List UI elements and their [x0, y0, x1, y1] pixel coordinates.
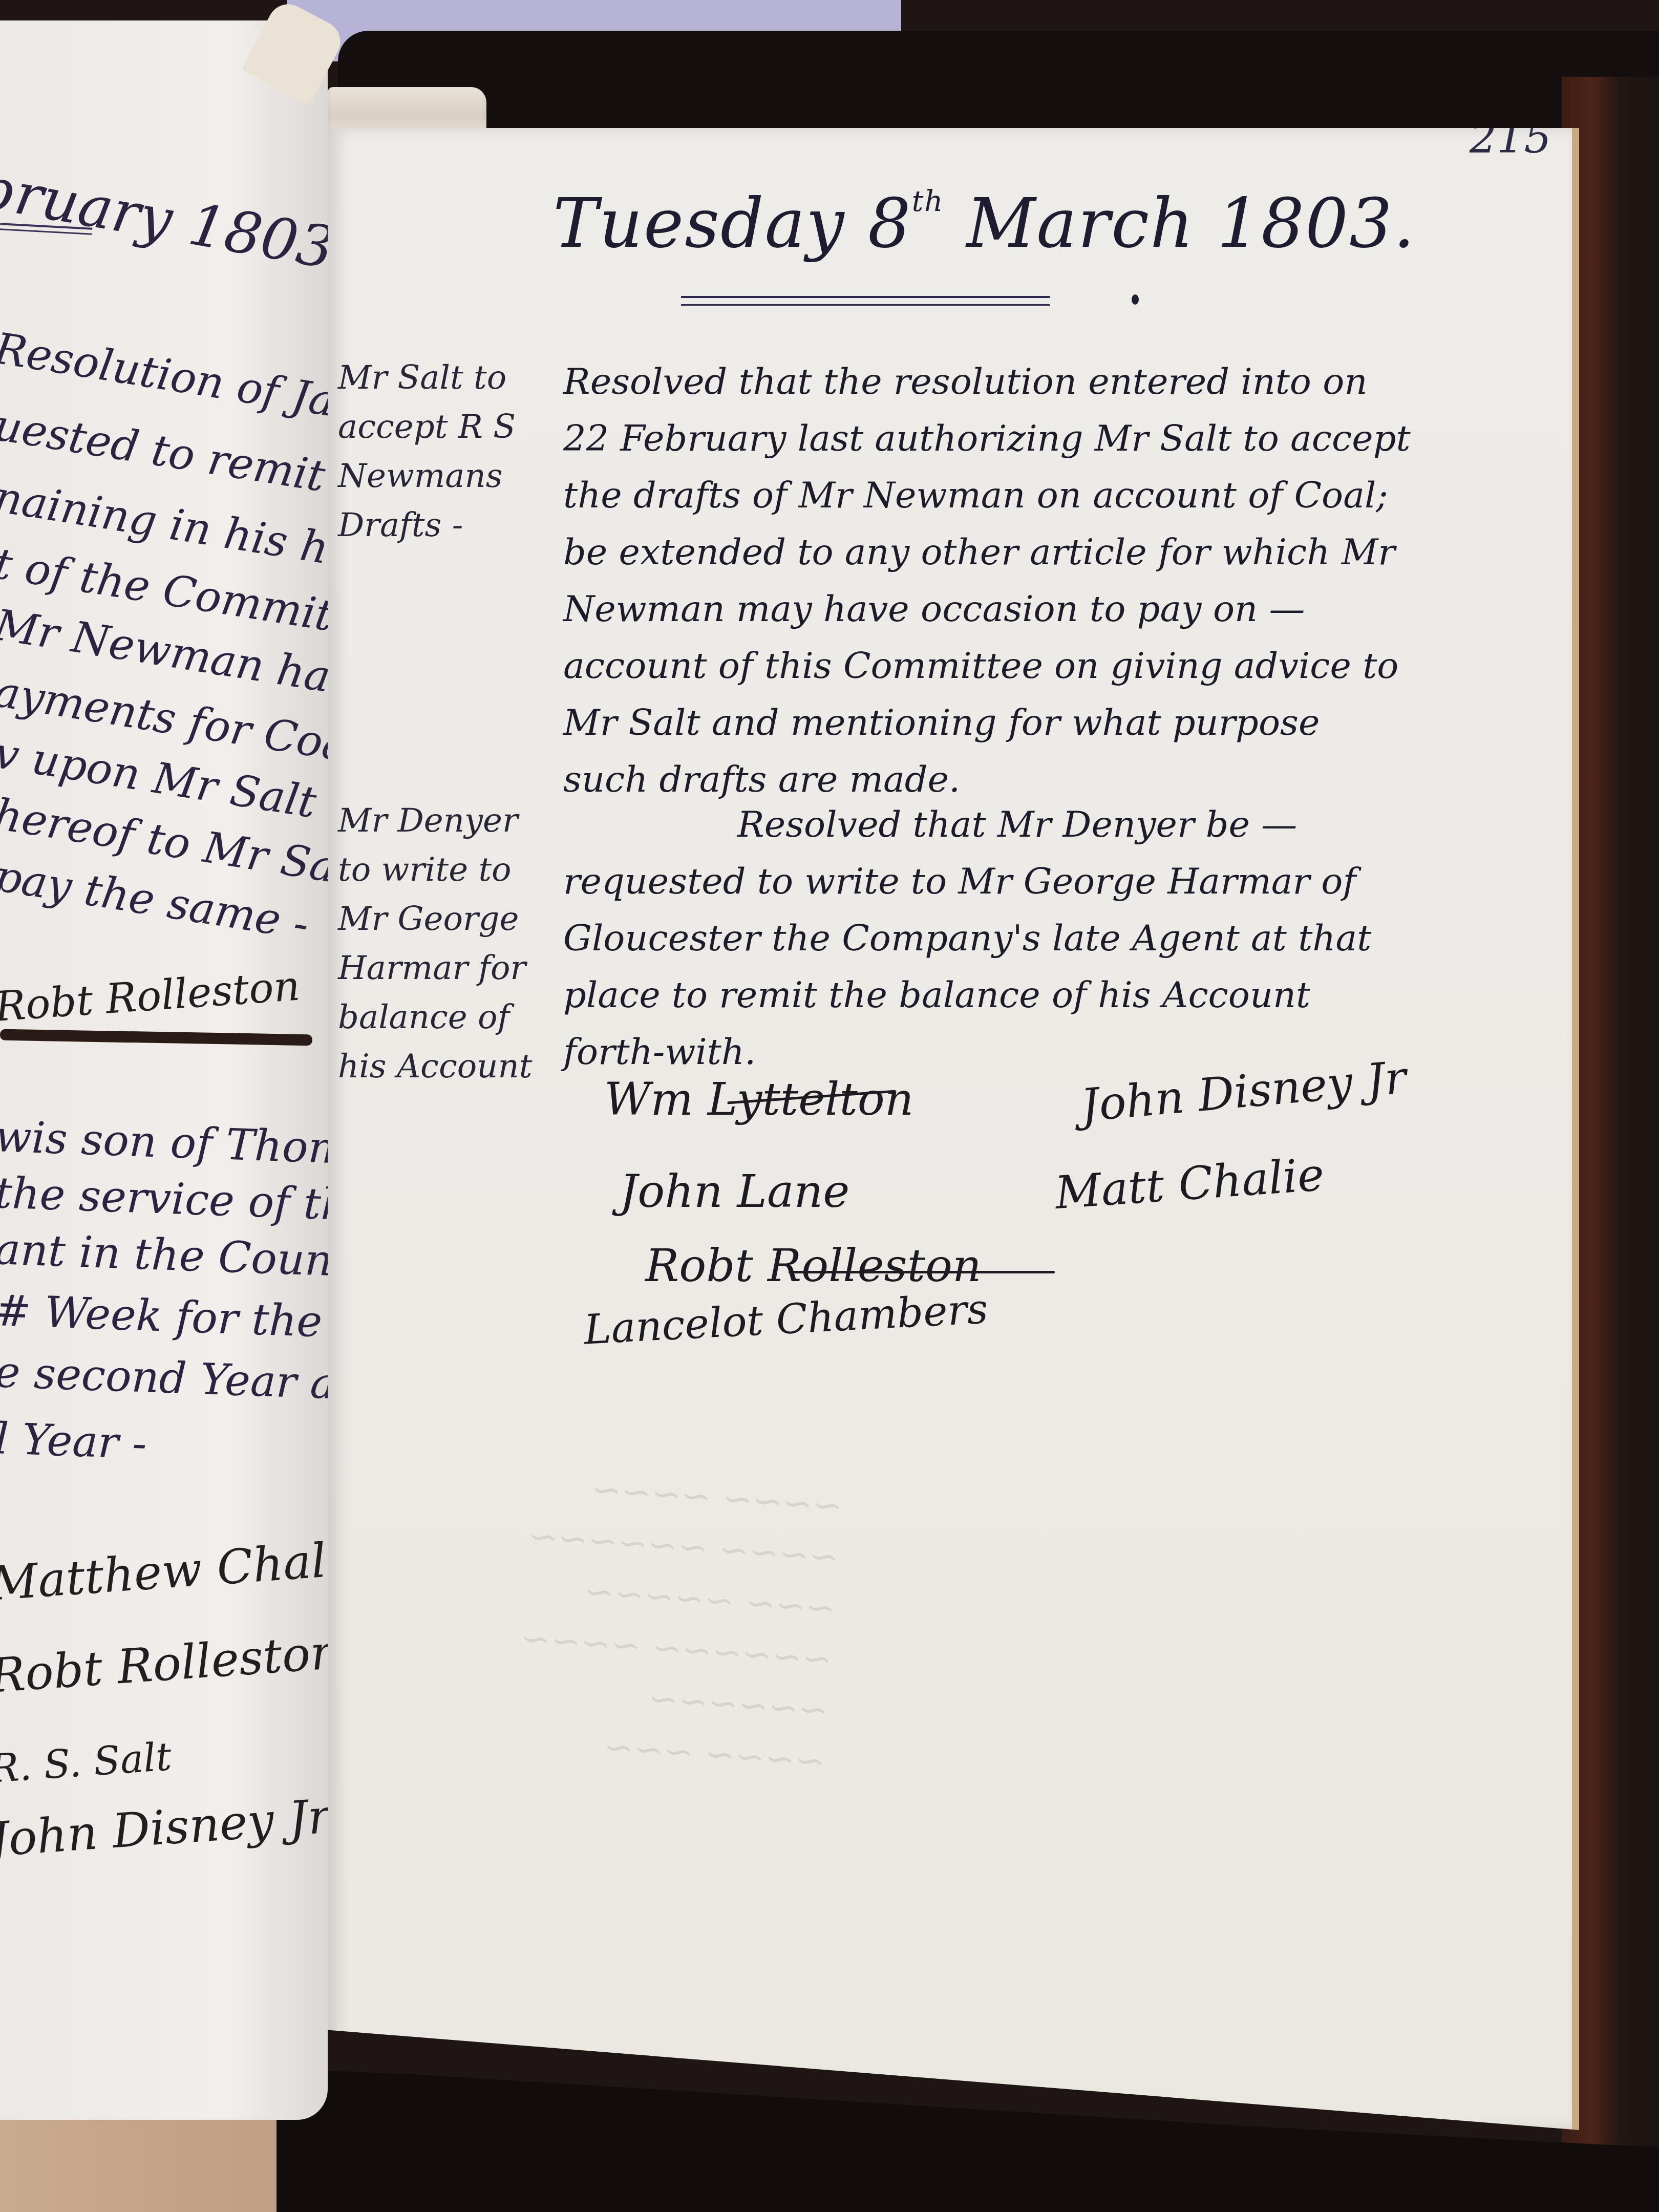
resolution-line: account of this Committee on giving advi… — [563, 637, 1562, 694]
margin-note-line: Newmans — [338, 452, 543, 501]
resolution-line: Newman may have occasion to pay on — — [563, 581, 1562, 637]
resolution-text: Resolved that the resolution entered int… — [563, 353, 1562, 808]
heading-double-rule — [681, 296, 1050, 306]
left-page-line: l Year - — [0, 1413, 147, 1469]
book-cover-top — [338, 31, 1659, 143]
signature: John Lane — [620, 1165, 849, 1218]
signature-flourish — [789, 1271, 1055, 1273]
left-page-line: # Week for the fir — [0, 1285, 328, 1349]
left-struck-signature: Robt Rolleston — [0, 962, 302, 1030]
margin-note-line: accept R S — [338, 402, 543, 452]
margin-note-line: Mr Denyer — [338, 796, 543, 845]
left-page-line: e second Year and — [0, 1347, 328, 1411]
resolution-line: Resolved that the resolution entered int… — [563, 353, 1562, 410]
resolution-line: Mr Salt and mentioning for what purpose — [563, 694, 1562, 751]
left-signature: R. S. Salt — [0, 1733, 173, 1792]
margin-note-line: to write to — [338, 845, 543, 895]
left-signature: Robt Rolleston — [0, 1624, 328, 1704]
resolution-line: forth-with. — [563, 1024, 1562, 1080]
signature: Lancelot Chambers — [583, 1285, 989, 1353]
page-title: Tuesday 8th March 1803. — [553, 184, 1416, 263]
signature: Matt Chalie — [1053, 1148, 1326, 1219]
heading-month-year: March 1803. — [966, 184, 1416, 263]
resolution-line: be extended to any other article for whi… — [563, 524, 1562, 581]
resolution-line: requested to write to Mr George Harmar o… — [563, 853, 1562, 910]
margin-note-line: Mr George — [338, 895, 543, 944]
resolution-line: the drafts of Mr Newman on account of Co… — [563, 467, 1562, 524]
margin-note-line: balance of — [338, 993, 543, 1042]
margin-note: Mr Denyer to write to Mr George Harmar f… — [338, 796, 543, 1091]
left-facing-page: bruary 1803 Resolution of Jan uested to … — [0, 20, 328, 2120]
left-page-heading: bruary 1803 — [0, 154, 328, 282]
margin-note-line: Drafts - — [338, 501, 543, 550]
right-page: 215 Tuesday 8th March 1803. Mr Salt to a… — [328, 128, 1579, 2130]
left-signature: John Disney Jr — [0, 1789, 328, 1867]
left-page-line: wis son of Thoma — [0, 1111, 328, 1175]
resolution-line: Resolved that Mr Denyer be — — [563, 796, 1562, 853]
heading-weekday: Tuesday — [553, 184, 845, 263]
left-page-line: the service of this — [0, 1167, 328, 1231]
resolution-line: place to remit the balance of his Accoun… — [563, 967, 1562, 1024]
margin-note-line: his Account — [338, 1042, 543, 1091]
heading-day-suffix: th — [912, 185, 944, 218]
margin-note-line: Harmar for — [338, 944, 543, 993]
resolution-line: Gloucester the Company's late Agent at t… — [563, 910, 1562, 967]
resolution-text: Resolved that Mr Denyer be — requested t… — [563, 796, 1562, 1080]
left-signature: Matthew Chalie — [0, 1530, 328, 1611]
left-page-line: ant in the Count — [0, 1224, 328, 1286]
heading-dot — [1132, 294, 1139, 305]
margin-note: Mr Salt to accept R S Newmans Drafts - — [338, 353, 543, 550]
ink-show-through: ~~~~ ~~~~ ~~~~ ~~~~~~ ~~~ ~~~~~ ~~~~~~ ~… — [512, 1459, 844, 1787]
signature: Robt Rolleston — [645, 1239, 982, 1292]
resolution-line: 22 February last authorizing Mr Salt to … — [563, 410, 1562, 467]
heading-day: 8 — [868, 184, 912, 263]
margin-note-line: Mr Salt to — [338, 353, 543, 402]
strike-through-line — [0, 1029, 312, 1046]
